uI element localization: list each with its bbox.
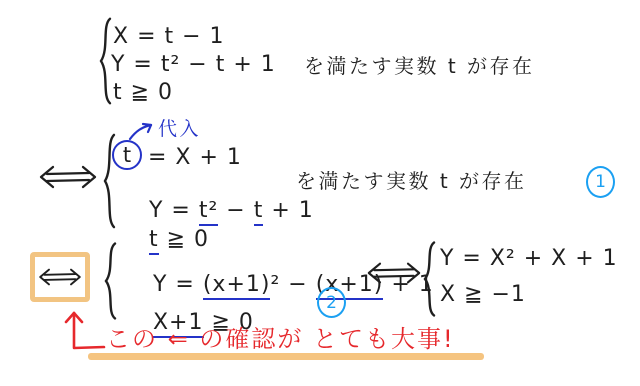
highlighted-iff-box: [30, 252, 90, 302]
iff-arrow-icon: [38, 164, 98, 190]
circled-variable-t: t: [112, 140, 142, 170]
middle-condition-text: を満たす実数 t が存在: [296, 165, 527, 194]
left-brace-icon: [98, 17, 112, 105]
note-highlight-underline: [88, 353, 484, 360]
handwritten-math-note: X = t − 1 Y = t² − t + 1 t ≧ 0 を満たす実数 t …: [0, 0, 640, 386]
expr-part: + 1: [263, 198, 313, 223]
top-equation-2: Y = t² − t + 1: [111, 52, 276, 77]
note-pointer-arrow-icon: [60, 303, 108, 351]
note-text: この ⇐ の確認が とても大事!: [106, 319, 455, 354]
top-condition-inequality: t ≧ 0: [113, 80, 173, 105]
substitution-label: 代入: [158, 114, 201, 141]
bottom-right-condition-inequality: X ≧ −1: [440, 282, 526, 307]
circled-number-1: 1: [586, 166, 615, 198]
exponent: ²: [270, 272, 280, 297]
expr-part: −: [280, 272, 315, 297]
substitution-arrow-icon: [128, 121, 156, 141]
top-equation-1: X = t − 1: [113, 24, 225, 49]
top-condition-text: を満たす実数 t が存在: [304, 50, 535, 79]
iff-arrow-icon: [38, 265, 82, 289]
iff-arrow-icon: [366, 260, 422, 286]
middle-equation-1: = X + 1: [148, 145, 242, 170]
circled-number-2: 2: [317, 287, 346, 318]
expr-part: −: [218, 198, 253, 223]
underlined-t: t: [254, 198, 264, 226]
bottom-right-equation-1: Y = X² + X + 1: [440, 246, 618, 271]
left-brace-icon: [422, 241, 436, 317]
